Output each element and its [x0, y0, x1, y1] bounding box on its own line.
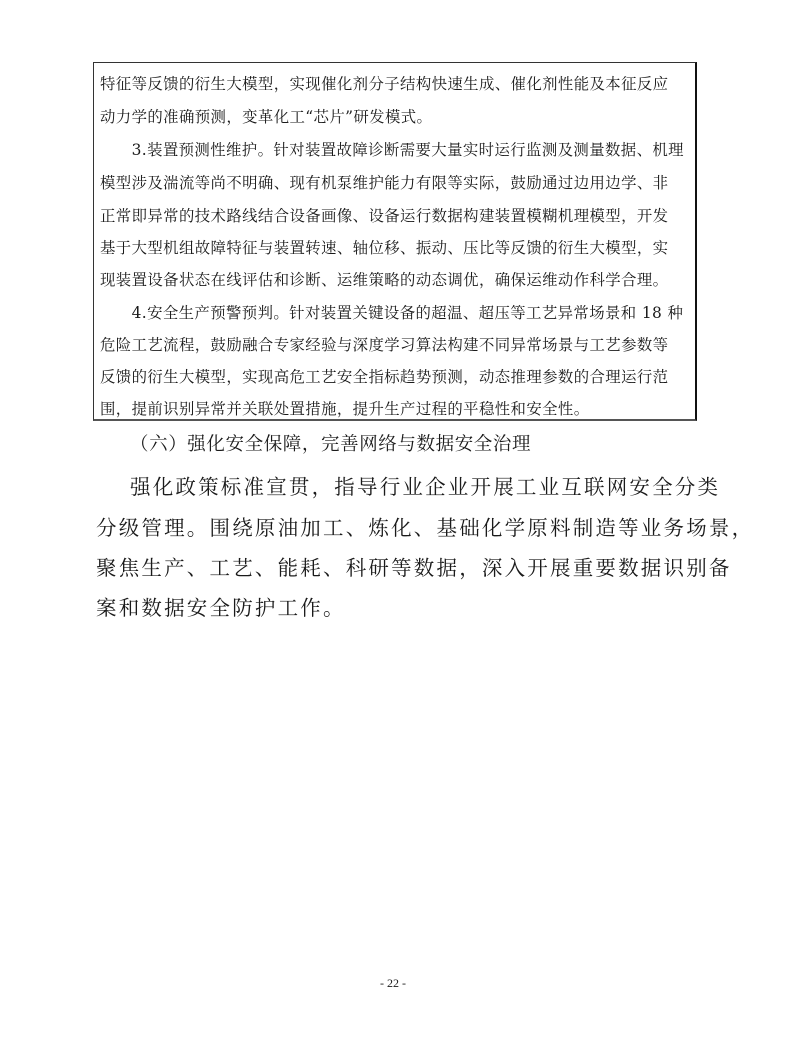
box-line: 危险工艺流程，鼓励融合专家经验与深度学习算法构建不同异常场景与工艺参数等	[100, 335, 668, 355]
paragraph-line: 聚焦生产、工艺、能耗、科研等数据，深入开展重要数据识别备	[96, 554, 732, 582]
paragraph-line: 强化政策标准宣贯，指导行业企业开展工业互联网安全分类	[130, 473, 720, 501]
box-line: 现装置设备状态在线评估和诊断、运维策略的动态调优，确保运维动作科学合理。	[100, 270, 668, 290]
box-line: 4.安全生产预警预判。针对装置关键设备的超温、超压等工艺异常场景和 18 种	[100, 303, 683, 323]
box-line: 反馈的衍生大模型，实现高危工艺安全指标趋势预测，动态推理参数的合理运行范	[100, 367, 668, 387]
box-line: 3.装置预测性维护。针对装置故障诊断需要大量实时运行监测及测量数据、机理	[100, 140, 684, 160]
highlight-box: 特征等反馈的衍生大模型，实现催化剂分子结构快速生成、催化剂性能及本征反应 动力学…	[93, 62, 697, 421]
paragraph-line: 案和数据安全防护工作。	[96, 594, 346, 622]
box-line: 动力学的准确预测，变革化工“芯片”研发模式。	[100, 107, 432, 127]
box-line: 基于大型机组故障特征与装置转速、轴位移、振动、压比等反馈的衍生大模型，实	[100, 238, 668, 258]
section-heading: （六）强化安全保障，完善网络与数据安全治理	[130, 432, 531, 458]
paragraph-line: 分级管理。围绕原油加工、炼化、基础化学原料制造等业务场景，	[96, 514, 754, 542]
box-line: 模型涉及湍流等尚不明确、现有机泵维护能力有限等实际，鼓励通过边用边学、非	[100, 173, 668, 193]
box-line: 正常即异常的技术路线结合设备画像、设备运行数据构建装置模糊机理模型，开发	[100, 206, 668, 226]
box-line: 特征等反馈的衍生大模型，实现催化剂分子结构快速生成、催化剂性能及本征反应	[100, 74, 668, 94]
page-number: - 22 -	[0, 976, 786, 991]
box-line: 围，提前识别异常并关联处置措施，提升生产过程的平稳性和安全性。	[100, 399, 590, 419]
